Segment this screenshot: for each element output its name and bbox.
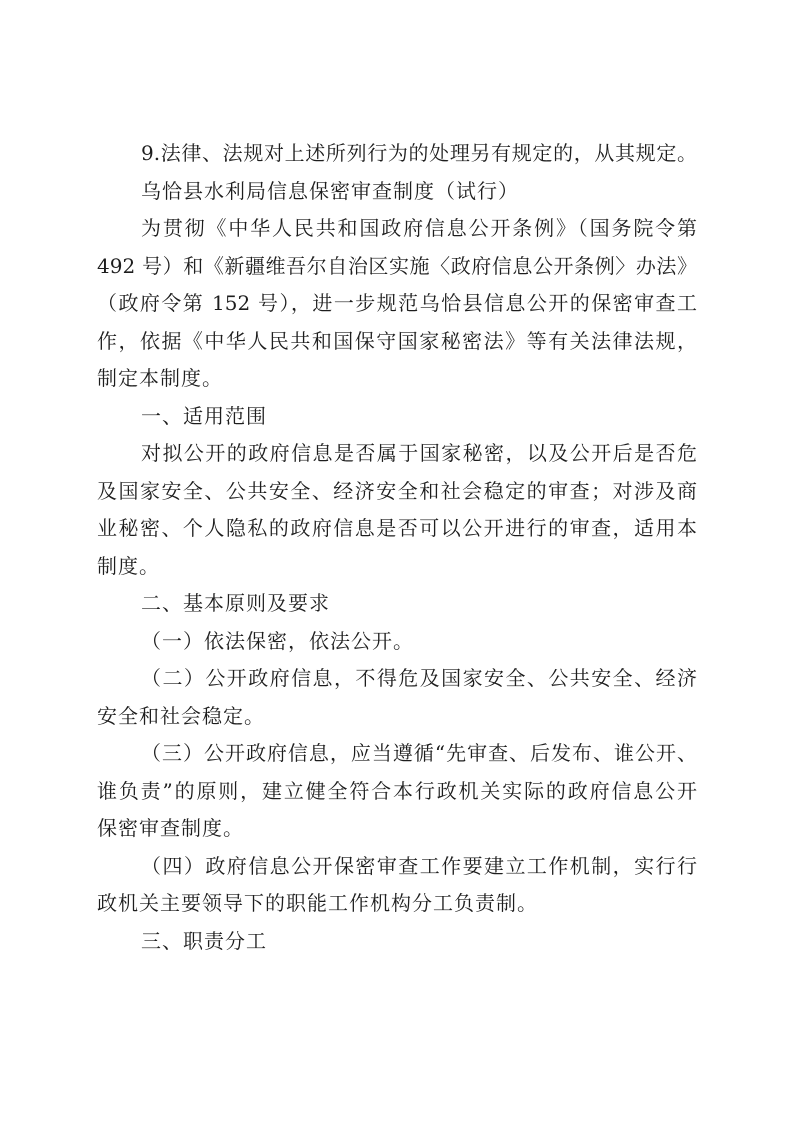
section-heading: 二、基本原则及要求 — [97, 585, 697, 623]
text-line: 作，依据《中华人民共和国保守国家秘密法》等有关法律法规， — [97, 323, 697, 361]
text-line: 9.法律、法规对上述所列行为的处理另有规定的，从其规定。 — [97, 135, 697, 173]
text-line: 制度。 — [97, 548, 697, 586]
text-line: 谁负责”的原则，建立健全符合本行政机关实际的政府信息公开 — [97, 773, 697, 811]
document-body: 9.法律、法规对上述所列行为的处理另有规定的，从其规定。 乌恰县水利局信息保密审… — [97, 135, 697, 960]
text-line: （政府令第 152 号），进一步规范乌恰县信息公开的保密审查工 — [97, 285, 697, 323]
text-line: 安全和社会稳定。 — [97, 698, 697, 736]
text-line: 保密审查制度。 — [97, 810, 697, 848]
section-heading: 三、职责分工 — [97, 923, 697, 961]
text-line: （四）政府信息公开保密审查工作要建立工作机制，实行行 — [97, 848, 697, 886]
text-line: 为贯彻《中华人民共和国政府信息公开条例》（国务院令第 — [97, 210, 697, 248]
document-title-line: 乌恰县水利局信息保密审查制度（试行） — [97, 173, 697, 211]
text-line: （二）公开政府信息，不得危及国家安全、公共安全、经济 — [97, 660, 697, 698]
text-line: （三）公开政府信息，应当遵循“先审查、后发布、谁公开、 — [97, 735, 697, 773]
document-page: 9.法律、法规对上述所列行为的处理另有规定的，从其规定。 乌恰县水利局信息保密审… — [0, 0, 793, 1122]
text-line: 492 号）和《新疆维吾尔自治区实施〈政府信息公开条例〉办法》 — [97, 248, 697, 286]
text-line: 政机关主要领导下的职能工作机构分工负责制。 — [97, 885, 697, 923]
section-heading: 一、适用范围 — [97, 398, 697, 436]
text-line: 制定本制度。 — [97, 360, 697, 398]
text-line: 对拟公开的政府信息是否属于国家秘密，以及公开后是否危 — [97, 435, 697, 473]
text-line: （一）依法保密，依法公开。 — [97, 623, 697, 661]
text-line: 及国家安全、公共安全、经济安全和社会稳定的审查；对涉及商 — [97, 473, 697, 511]
text-line: 业秘密、个人隐私的政府信息是否可以公开进行的审查，适用本 — [97, 510, 697, 548]
